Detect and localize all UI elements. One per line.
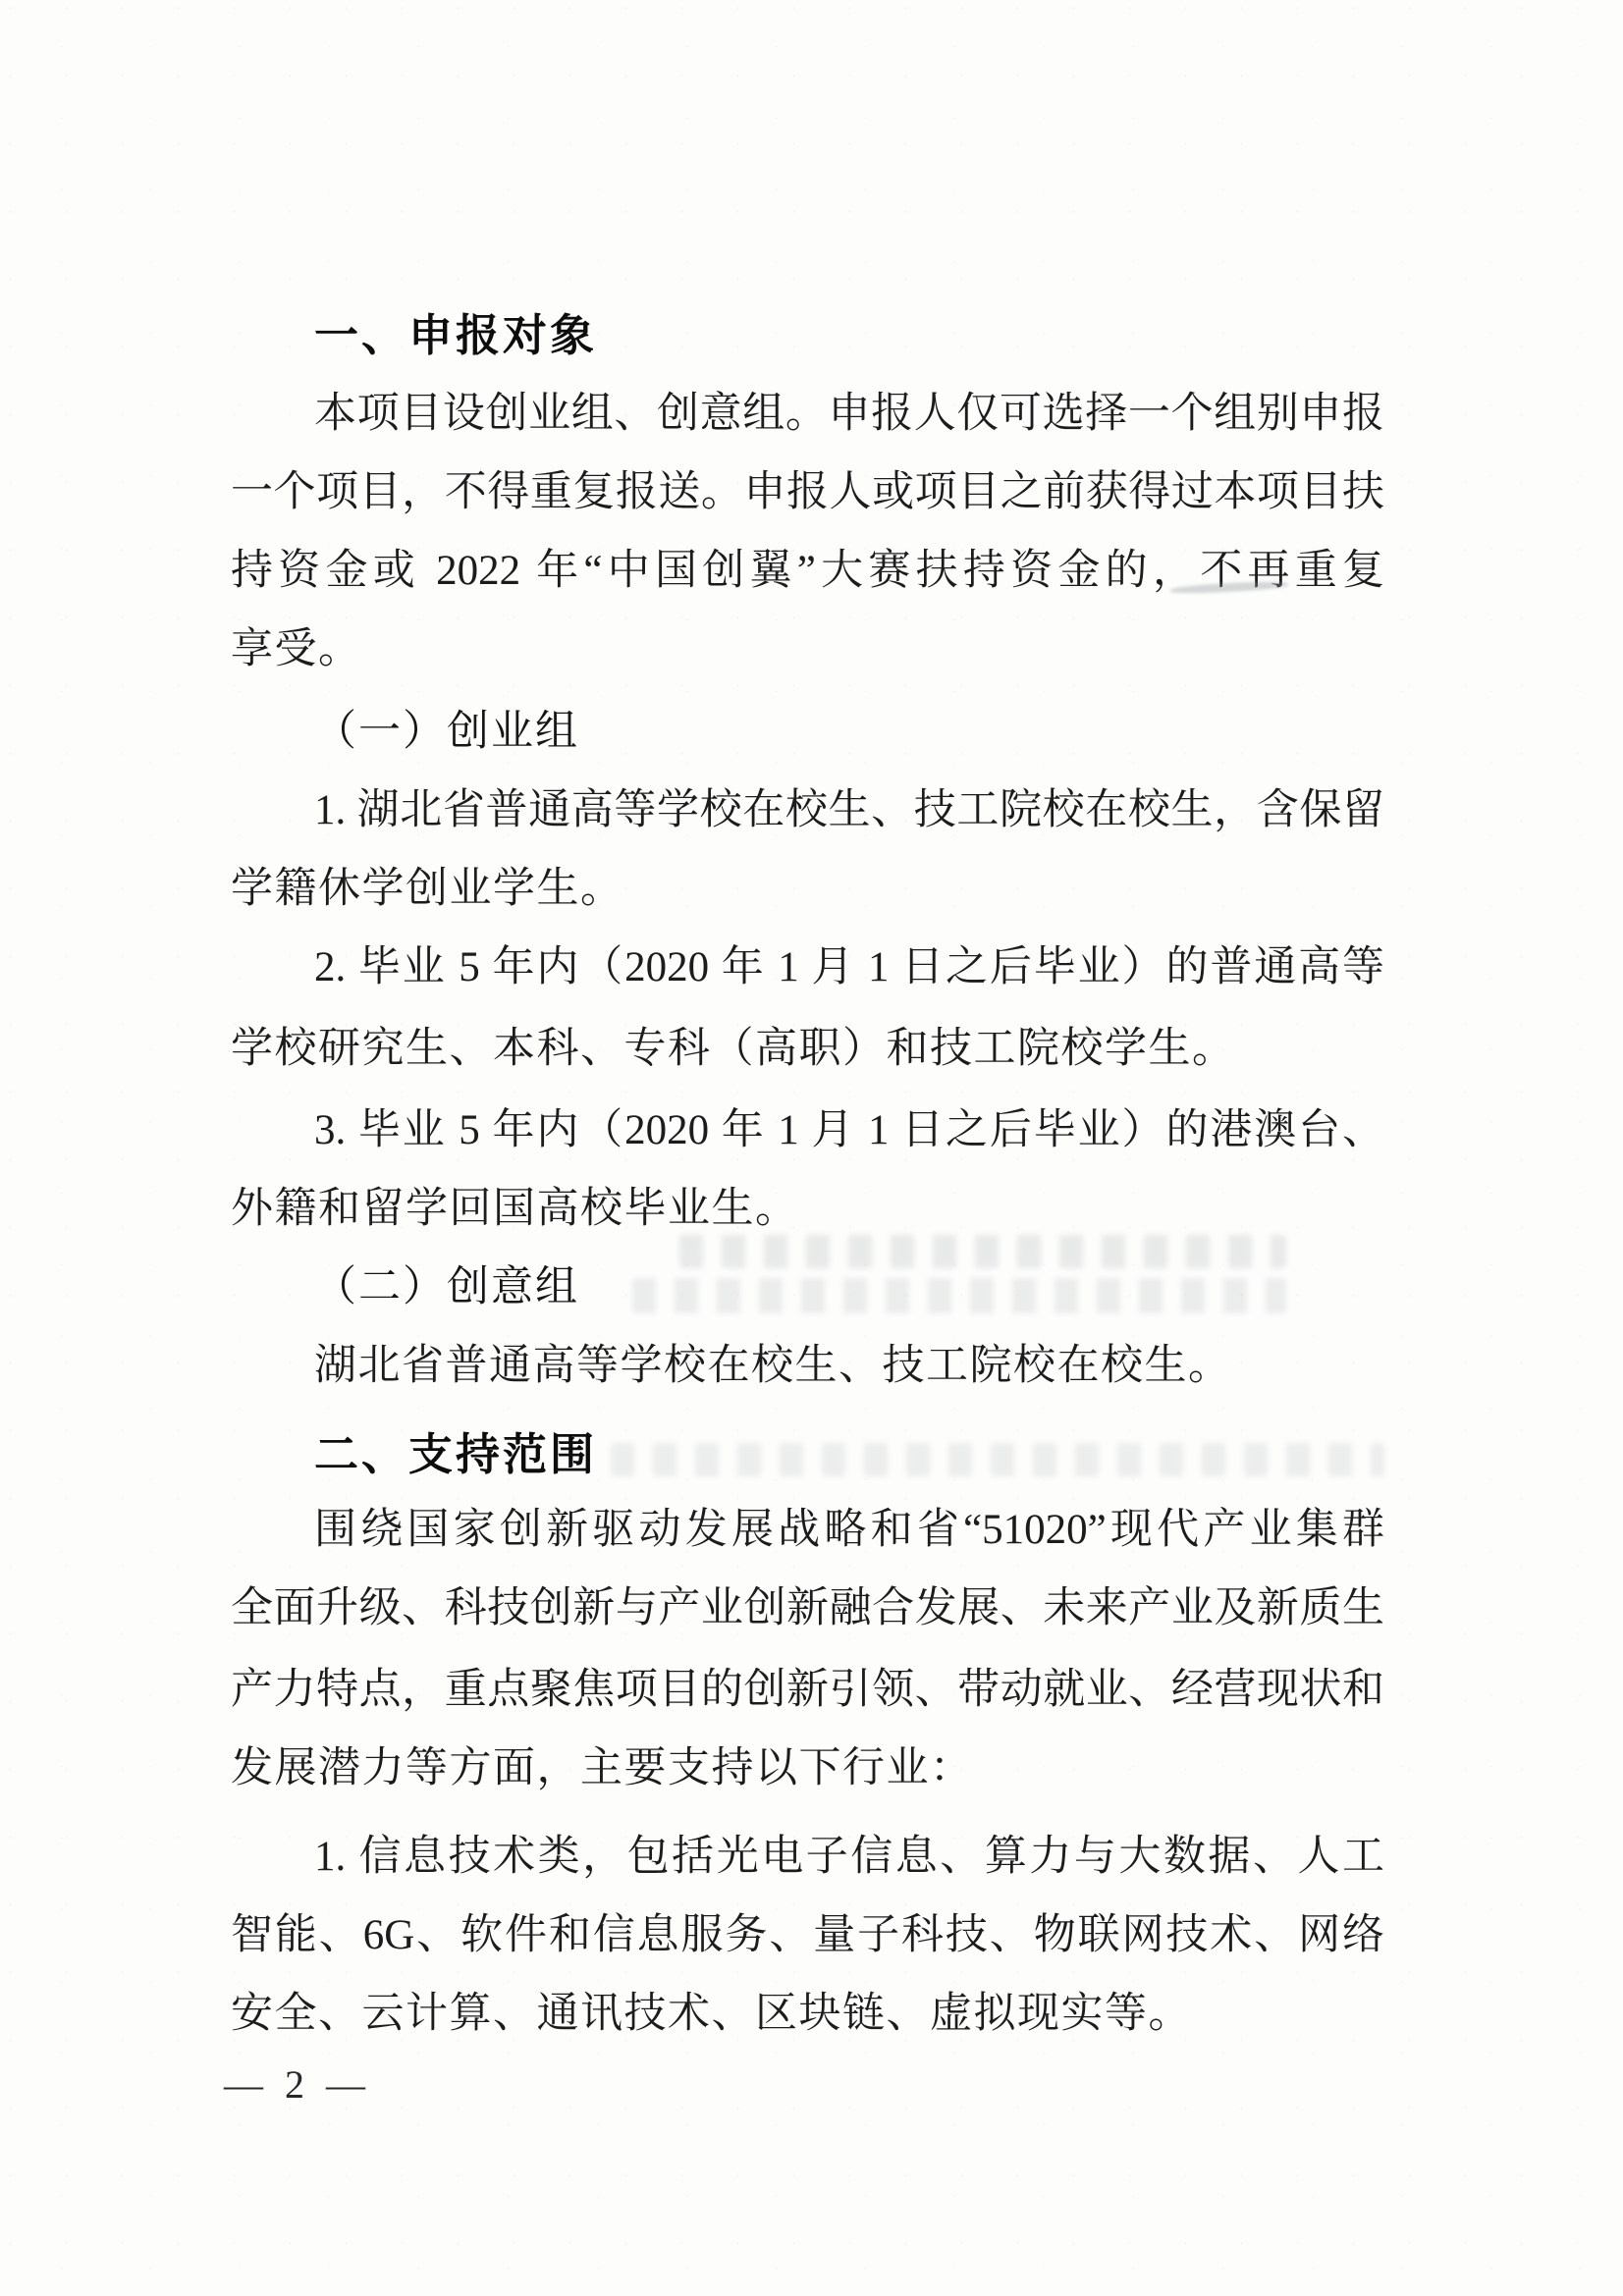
list-item-line: 1. 信息技术类，包括光电子信息、算力与大数据、人工: [314, 1829, 1384, 1886]
body-line: 享受。: [231, 621, 362, 678]
body-line: 围绕国家创新驱动发展战略和省“51020”现代产业集群: [314, 1502, 1384, 1559]
body-line: 产力特点，重点聚焦项目的创新引领、带动就业、经营现状和: [231, 1662, 1384, 1719]
subsection-2-heading: （二）创意组: [314, 1259, 579, 1316]
body-line: 一个项目，不得重复报送。申报人或项目之前获得过本项目扶: [231, 464, 1384, 521]
list-item-line: 3. 毕业 5 年内（2020 年 1 月 1 日之后毕业）的港澳台、: [314, 1102, 1384, 1159]
section-1-heading: 一、申报对象: [314, 307, 597, 364]
body-line: 全面升级、科技创新与产业创新融合发展、未来产业及新质生: [231, 1580, 1384, 1637]
scanned-document-page: 一、申报对象 本项目设创业组、创意组。申报人仅可选择一个组别申报 一个项目，不得…: [0, 0, 1623, 2296]
ink-bleed-through-artifact: [611, 1443, 1384, 1476]
subsection-1-heading: （一）创业组: [314, 704, 579, 761]
page-number: — 2 —: [224, 2061, 371, 2108]
list-item-line: 1. 湖北省普通高等学校在校生、技工院校在校生，含保留: [314, 782, 1384, 839]
body-line: 外籍和留学回国高校毕业生。: [231, 1181, 799, 1238]
list-item-line: 2. 毕业 5 年内（2020 年 1 月 1 日之后毕业）的普通高等: [314, 939, 1384, 996]
ink-bleed-through-artifact: [679, 1235, 1286, 1268]
body-line: 湖北省普通高等学校在校生、技工院校在校生。: [314, 1338, 1232, 1395]
body-line: 智能、6G、软件和信息服务、量子科技、物联网技术、网络: [231, 1907, 1384, 1964]
section-2-heading: 二、支持范围: [314, 1426, 597, 1483]
body-line: 发展潜力等方面，主要支持以下行业：: [231, 1740, 974, 1797]
body-line: 学籍休学创业学生。: [231, 861, 624, 918]
ink-bleed-through-artifact: [632, 1278, 1286, 1313]
body-line: 安全、云计算、通讯技术、区块链、虚拟现实等。: [231, 1986, 1192, 2043]
body-line: 本项目设创业组、创意组。申报人仅可选择一个组别申报: [314, 386, 1384, 443]
body-line: 学校研究生、本科、专科（高职）和技工院校学生。: [231, 1021, 1236, 1078]
